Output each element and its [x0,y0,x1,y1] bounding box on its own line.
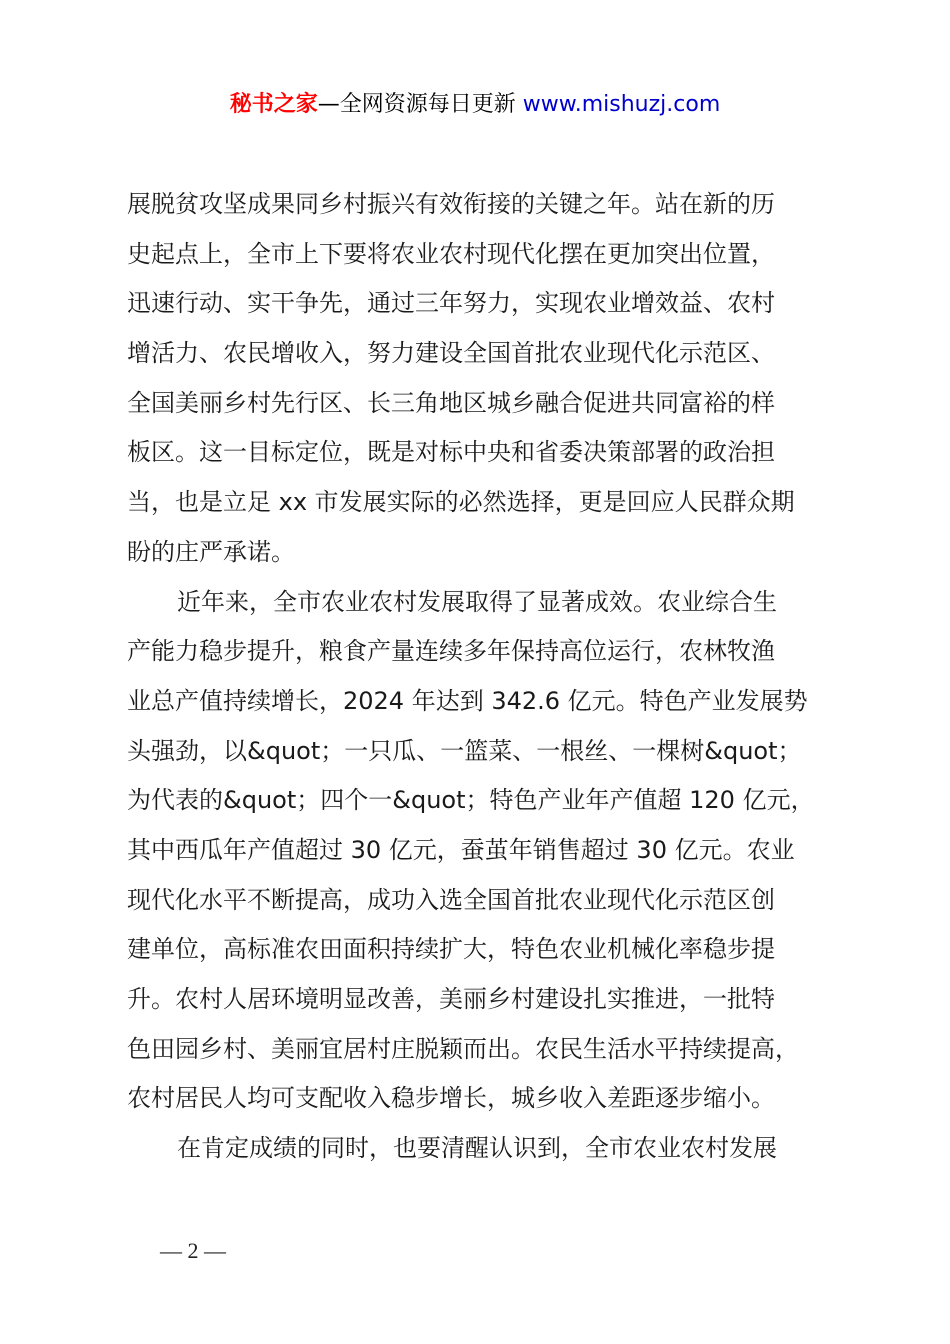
text-line: 为代表的&quot；四个一&quot；特色产业年产值超 120 亿元， [127,776,847,826]
text-line: 近年来，全市农业农村发展取得了显著成效。农业综合生 [127,578,847,628]
text-line: 建单位，高标准农田面积持续扩大，特色农业机械化率稳步提 [127,925,847,975]
text-line: 升。农村人居环境明显改善，美丽乡村建设扎实推进，一批特 [127,975,847,1025]
text-line: 迅速行动、实干争先，通过三年努力，实现农业增效益、农村 [127,279,847,329]
text-line: 全国美丽乡村先行区、长三角地区城乡融合促进共同富裕的样 [127,379,847,429]
text-line: 板区。这一目标定位，既是对标中央和省委决策部署的政治担 [127,428,847,478]
text-line: 业总产值持续增长，2024 年达到 342.6 亿元。特色产业发展势 [127,677,847,727]
text-line: 头强劲，以&quot；一只瓜、一篮菜、一根丝、一棵树&quot； [127,727,847,777]
text-line: 盼的庄严承诺。 [127,528,847,578]
text-line: 在肯定成绩的同时，也要清醒认识到，全市农业农村发展 [127,1124,847,1174]
site-url-link[interactable]: www.mishuzj.com [523,92,720,117]
page-number: — 2 — [160,1238,226,1264]
text-line: 史起点上，全市上下要将农业农村现代化摆在更加突出位置， [127,230,847,280]
document-body: 展脱贫攻坚成果同乡村振兴有效衔接的关键之年。站在新的历史起点上，全市上下要将农业… [127,180,847,1174]
text-line: 展脱贫攻坚成果同乡村振兴有效衔接的关键之年。站在新的历 [127,180,847,230]
brand-name: 秘书之家 [230,92,318,117]
text-line: 农村居民人均可支配收入稳步增长，城乡收入差距逐步缩小。 [127,1074,847,1124]
text-line: 色田园乡村、美丽宜居村庄脱颖而出。农民生活水平持续提高， [127,1025,847,1075]
text-line: 当，也是立足 xx 市发展实际的必然选择，更是回应人民群众期 [127,478,847,528]
banner-slogan: —全网资源每日更新 [318,92,523,117]
text-line: 现代化水平不断提高，成功入选全国首批农业现代化示范区创 [127,876,847,926]
site-banner: 秘书之家—全网资源每日更新 www.mishuzj.com [0,88,950,122]
text-line: 增活力、农民增收入，努力建设全国首批农业现代化示范区、 [127,329,847,379]
text-line: 其中西瓜年产值超过 30 亿元，蚕茧年销售超过 30 亿元。农业 [127,826,847,876]
text-line: 产能力稳步提升，粮食产量连续多年保持高位运行，农林牧渔 [127,627,847,677]
